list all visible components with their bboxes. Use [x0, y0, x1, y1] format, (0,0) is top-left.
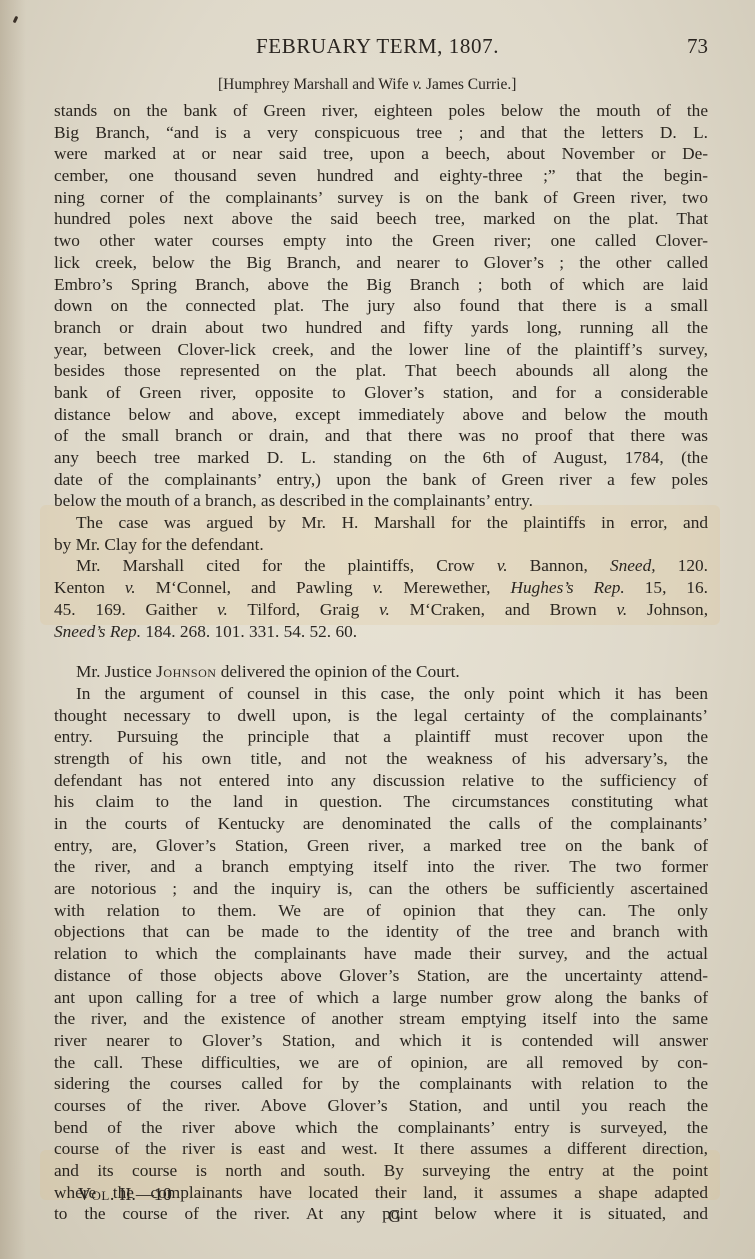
- text-run: M‘Connel, and Pawling: [136, 578, 373, 597]
- reporter-name: Sneed,: [610, 556, 656, 575]
- page-number: 73: [687, 34, 708, 59]
- text-line: the river, and a branch emptying itself …: [54, 856, 708, 878]
- text-line: year, between Clover-lick creek, and the…: [54, 339, 708, 361]
- text-line: stands on the bank of Green river, eight…: [54, 100, 708, 122]
- text-line: sidering the courses called for by the c…: [54, 1073, 708, 1095]
- running-header: FEBRUARY TERM, 1807. 73: [0, 34, 755, 60]
- text-run: 120.: [656, 556, 708, 575]
- caption-versus: v.: [413, 76, 423, 93]
- paragraph-citations: Mr. Marshall cited for the plaintiffs, C…: [54, 555, 708, 642]
- text-line: distance below and above, except immedia…: [54, 404, 708, 426]
- text-run: Kenton: [54, 578, 125, 597]
- text-line: defendant has not entered into any discu…: [54, 770, 708, 792]
- volume-number: II.—10: [115, 1184, 172, 1204]
- text-line: entry. Pursuing the principle that a pla…: [54, 726, 708, 748]
- scanned-page: FEBRUARY TERM, 1807. 73 [Humphrey Marsha…: [0, 0, 755, 1259]
- text-line: bend of the river above which the compla…: [54, 1117, 708, 1139]
- page-edge-shadow: [0, 0, 26, 1259]
- text-line: courses of the river. Above Glover’s Sta…: [54, 1095, 708, 1117]
- text-run: Mr. Marshall cited for the plaintiffs, C…: [76, 556, 497, 575]
- text-line: the river, and the existence of another …: [54, 1008, 708, 1030]
- section-gap: [54, 642, 708, 661]
- text-line: hundred poles next above the said beech …: [54, 208, 708, 230]
- text-line: objections that can be made to the ident…: [54, 921, 708, 943]
- text-line: of the small branch or drain, and that t…: [54, 425, 708, 447]
- text-line: date of the complainants’ entry,) upon t…: [54, 469, 708, 491]
- justice-name: Johnson: [156, 662, 216, 681]
- text-line: Embro’s Spring Branch, above the Big Bra…: [54, 274, 708, 296]
- text-line: lick creek, below the Big Branch, and ne…: [54, 252, 708, 274]
- text-line: by Mr. Clay for the defendant.: [54, 534, 708, 556]
- text-run: Tilford, Graig: [228, 600, 379, 619]
- text-line: and its course is north and south. By su…: [54, 1160, 708, 1182]
- text-line: ning corner of the complainants’ survey …: [54, 187, 708, 209]
- text-run: Merewether,: [383, 578, 510, 597]
- text-line: any beech tree marked D. L. standing on …: [54, 447, 708, 469]
- versus: v.: [373, 578, 384, 597]
- case-caption: [Humphrey Marshall and Wife v. James Cur…: [218, 76, 516, 94]
- text-line: entry, are, Glover’s Station, Green rive…: [54, 835, 708, 857]
- citation-line: 45. 169. Gaither v. Tilford, Graig v. M‘…: [54, 599, 708, 621]
- text-line: bank of Green river, opposite to Glover’…: [54, 382, 708, 404]
- text-line: course of the river is east and west. It…: [54, 1138, 708, 1160]
- text-line: in the courts of Kentucky are denominate…: [54, 813, 708, 835]
- text-line: The case was argued by Mr. H. Marshall f…: [54, 512, 708, 534]
- text-line: his claim to the land in question. The c…: [54, 791, 708, 813]
- text-line: two other water courses empty into the G…: [54, 230, 708, 252]
- opinion-intro: Mr. Justice Johnson delivered the opinio…: [54, 661, 708, 683]
- caption-close: James Currie.]: [422, 76, 516, 93]
- versus: v.: [217, 600, 228, 619]
- text-line: besides those represented on the plat. T…: [54, 360, 708, 382]
- paragraph-opinion: In the argument of counsel in this case,…: [54, 683, 708, 1225]
- text-run: M‘Craken, and Brown: [390, 600, 617, 619]
- paragraph-findings: stands on the bank of Green river, eight…: [54, 100, 708, 512]
- text-line: down on the connected plat. The jury als…: [54, 295, 708, 317]
- citation-line: Mr. Marshall cited for the plaintiffs, C…: [54, 555, 708, 577]
- text-line: strength of his own title, and not the w…: [54, 748, 708, 770]
- versus: v.: [616, 600, 627, 619]
- text-run: 184. 268. 101. 331. 54. 52. 60.: [141, 622, 357, 641]
- text-run: 15, 16.: [625, 578, 708, 597]
- text-line: the call. These difficulties, we are of …: [54, 1052, 708, 1074]
- running-title: FEBRUARY TERM, 1807.: [256, 34, 499, 59]
- text-line: with relation to them. We are of opinion…: [54, 900, 708, 922]
- text-line: to the course of the river. At any point…: [54, 1203, 708, 1225]
- versus: v.: [125, 578, 136, 597]
- citation-line: Sneed’s Rep. 184. 268. 101. 331. 54. 52.…: [54, 621, 708, 643]
- paragraph-counsel: The case was argued by Mr. H. Marshall f…: [54, 512, 708, 555]
- versus: v.: [497, 556, 508, 575]
- text-run: Johnson,: [627, 600, 708, 619]
- text-line: ant upon calling for a tree of which a l…: [54, 987, 708, 1009]
- text-run: 45. 169. Gaither: [54, 600, 217, 619]
- text-run: delivered the opinion of the Court.: [216, 662, 459, 681]
- text-run: Mr. Justice: [76, 662, 156, 681]
- body-text: stands on the bank of Green river, eight…: [54, 100, 708, 1225]
- text-line: branch or drain about two hundred and fi…: [54, 317, 708, 339]
- text-line: thought necessary to dwell upon, is the …: [54, 705, 708, 727]
- volume-signature: Vol. II.—10: [78, 1184, 172, 1205]
- text-line: Big Branch, “and is a very conspicuous t…: [54, 122, 708, 144]
- text-line: river nearer to Glover’s Station, and wh…: [54, 1030, 708, 1052]
- caption-open: [Humphrey Marshall and Wife: [218, 76, 413, 93]
- text-line: below the mouth of a branch, as describe…: [54, 490, 708, 512]
- volume-label: Vol.: [78, 1184, 115, 1204]
- versus: v.: [379, 600, 390, 619]
- text-line: In the argument of counsel in this case,…: [54, 683, 708, 705]
- text-line: relation to which the complainants have …: [54, 943, 708, 965]
- text-run: Bannon,: [508, 556, 610, 575]
- printer-signature-mark: G: [388, 1206, 401, 1227]
- text-line: were marked at or near said tree, upon a…: [54, 143, 708, 165]
- text-line: cember, one thousand seven hundred and e…: [54, 165, 708, 187]
- text-line: are notorious ; and the inquiry is, can …: [54, 878, 708, 900]
- text-line: distance of those objects above Glover’s…: [54, 965, 708, 987]
- reporter-name: Sneed’s Rep.: [54, 622, 141, 641]
- citation-line: Kenton v. M‘Connel, and Pawling v. Merew…: [54, 577, 708, 599]
- reporter-name: Hughes’s Rep.: [511, 578, 625, 597]
- text-line: Mr. Justice Johnson delivered the opinio…: [54, 661, 708, 683]
